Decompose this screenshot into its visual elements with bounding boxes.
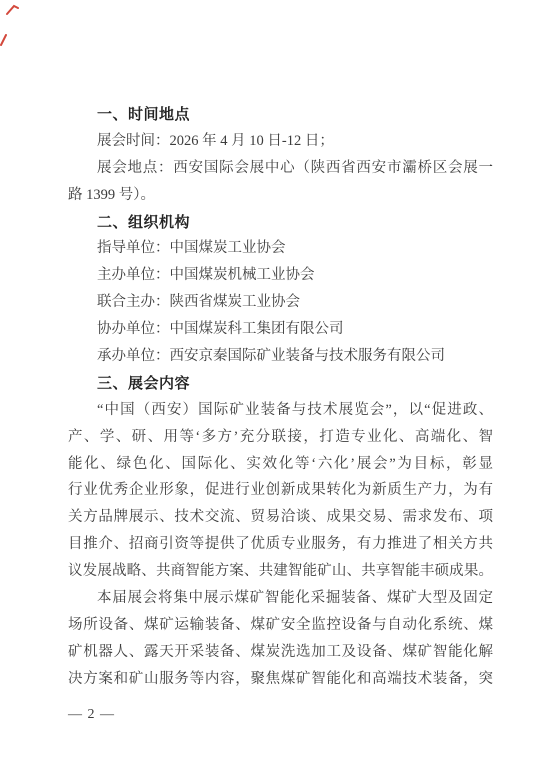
text-line: 能化、绿色化、国际化、实效化等‘六化’展会”为目标，彰显 bbox=[68, 451, 493, 478]
page-number: — 2 — bbox=[68, 707, 115, 723]
section-heading-time-location: 一、时间地点 bbox=[68, 101, 493, 128]
text-line: 行业优秀企业形象，促进行业创新成果转化为新质生产力，为有 bbox=[68, 477, 493, 504]
text-line: 矿机器人、露天开采装备、煤炭洗选加工及设备、煤矿智能化解 bbox=[68, 639, 493, 666]
text-line-exhibition-venue: 展会地点：西安国际会展中心（陕西省西安市灞桥区会展一 bbox=[68, 155, 493, 182]
text-line-co-organizer-unit: 协办单位：中国煤炭科工集团有限公司 bbox=[68, 316, 493, 343]
text-line-guiding-unit: 指导单位：中国煤炭工业协会 bbox=[68, 235, 493, 262]
text-line: 关方品牌展示、技术交流、贸易洽谈、成果交易、需求发布、项 bbox=[68, 504, 493, 531]
text-line: 场所设备、煤矿运输装备、煤矿安全监控设备与自动化系统、煤 bbox=[68, 612, 493, 639]
text-line: 议发展战略、共商智能方案、共建智能矿山、共享智能丰硕成果。 bbox=[68, 558, 493, 585]
document-page: 一、时间地点 展会时间：2026 年 4 月 10 日-12 日； 展会地点：西… bbox=[0, 0, 550, 783]
text-line: 产、学、研、用等‘多方’充分联接，打造专业化、高端化、智 bbox=[68, 424, 493, 451]
document-text-block: 一、时间地点 展会时间：2026 年 4 月 10 日-12 日； 展会地点：西… bbox=[0, 0, 550, 783]
text-line-exhibition-time: 展会时间：2026 年 4 月 10 日-12 日； bbox=[68, 128, 493, 155]
text-line: 目推介、招商引资等提供了优质专业服务，有力推进了相关方共 bbox=[68, 531, 493, 558]
text-line: 决方案和矿山服务等内容，聚焦煤矿智能化和高端技术装备，突 bbox=[68, 666, 493, 693]
text-line-host-unit: 主办单位：中国煤炭机械工业协会 bbox=[68, 262, 493, 289]
text-line: 本届展会将集中展示煤矿智能化采掘装备、煤矿大型及固定 bbox=[68, 585, 493, 612]
text-line-co-host-unit: 联合主办：陕西省煤炭工业协会 bbox=[68, 289, 493, 316]
section-heading-organizers: 二、组织机构 bbox=[68, 209, 493, 236]
text-line-venue-address: 路 1399 号）。 bbox=[68, 182, 493, 209]
section-heading-exhibition-content: 三、展会内容 bbox=[68, 370, 493, 397]
text-line: “中国（西安）国际矿业装备与技术展览会”，以“促进政、 bbox=[68, 397, 493, 424]
text-line-undertaker-unit: 承办单位：西安京秦国际矿业装备与技术服务有限公司 bbox=[68, 343, 493, 370]
